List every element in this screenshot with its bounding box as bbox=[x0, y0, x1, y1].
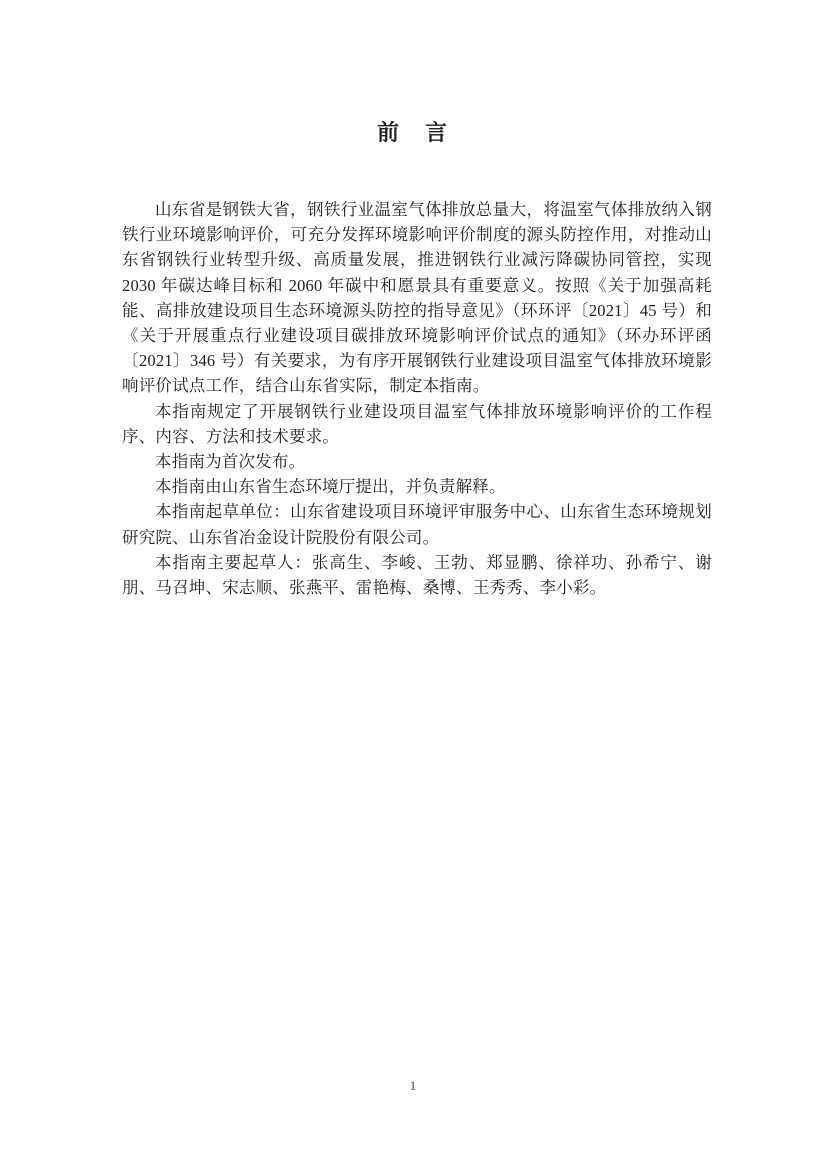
paragraph-drafters: 本指南主要起草人：张高生、李峻、王勃、郑显鹏、徐祥功、孙希宁、谢朋、马召坤、宋志… bbox=[122, 550, 712, 600]
paragraph-first-release: 本指南为首次发布。 bbox=[122, 449, 712, 474]
document-page: 前 言 山东省是钢铁大省，钢铁行业温室气体排放总量大，将温室气体排放纳入钢铁行业… bbox=[0, 0, 826, 1169]
paragraph-intro: 山东省是钢铁大省，钢铁行业温室气体排放总量大，将温室气体排放纳入钢铁行业环境影响… bbox=[122, 197, 712, 399]
page-title: 前 言 bbox=[0, 118, 826, 148]
paragraph-scope: 本指南规定了开展钢铁行业建设项目温室气体排放环境影响评价的工作程序、内容、方法和… bbox=[122, 399, 712, 449]
paragraph-issuing-authority: 本指南由山东省生态环境厅提出，并负责解释。 bbox=[122, 474, 712, 499]
paragraph-drafting-organizations: 本指南起草单位：山东省建设项目环境评审服务中心、山东省生态环境规划研究院、山东省… bbox=[122, 499, 712, 549]
page-number: 1 bbox=[0, 1078, 826, 1094]
document-body: 山东省是钢铁大省，钢铁行业温室气体排放总量大，将温室气体排放纳入钢铁行业环境影响… bbox=[122, 197, 712, 600]
